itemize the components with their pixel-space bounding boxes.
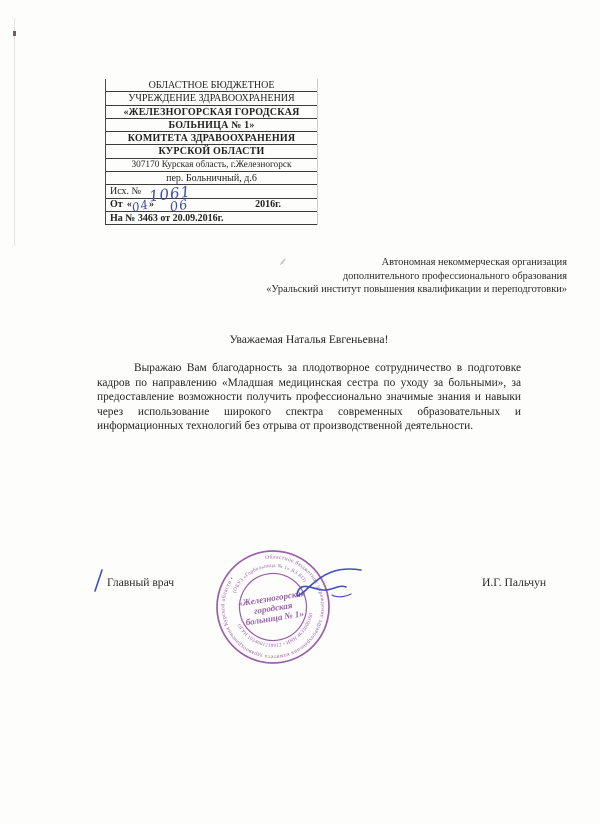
date-year: 2016г. bbox=[255, 198, 281, 211]
outgoing-ref-label: Исх. № bbox=[110, 185, 141, 198]
signer-position: Главный врач bbox=[107, 576, 174, 589]
letterhead-line: ОБЛАСТНОЕ БЮДЖЕТНОЕ bbox=[106, 79, 317, 92]
letterhead-box: ОБЛАСТНОЕ БЮДЖЕТНОЕ УЧРЕЖДЕНИЕ ЗДРАВООХР… bbox=[105, 79, 318, 225]
letterhead-line: БОЛЬНИЦА № 1» bbox=[106, 119, 317, 132]
recipient-line: дополнительного профессионального образо… bbox=[266, 270, 567, 284]
recipient-line: Автономная некоммерческая организация bbox=[266, 256, 567, 270]
recipient-block: Автономная некоммерческая организация до… bbox=[266, 256, 567, 297]
letterhead-line: «ЖЕЛЕЗНОГОРСКАЯ ГОРОДСКАЯ bbox=[106, 106, 317, 119]
outgoing-ref-row: Исх. № 1061 bbox=[106, 185, 317, 198]
letterhead-address-line: 307170 Курская область, г.Железногорск bbox=[106, 159, 317, 172]
hospital-round-stamp: Областное бюджетное учреждение здравоохр… bbox=[204, 537, 342, 676]
letterhead-line: УЧРЕЖДЕНИЕ ЗДРАВООХРАНЕНИЯ bbox=[106, 92, 317, 105]
pen-slash-mark bbox=[95, 570, 102, 591]
letterhead-line: КУРСКОЙ ОБЛАСТИ bbox=[106, 145, 317, 158]
letterhead-line: КОМИТЕТА ЗДРАВООХРАНЕНИЯ bbox=[106, 132, 317, 145]
date-ref-row: От « 04 » 06 2016г. bbox=[106, 199, 317, 212]
scan-artifact-line bbox=[14, 18, 15, 246]
scan-artifact-speck bbox=[13, 31, 16, 36]
date-prefix: От bbox=[110, 198, 123, 211]
incoming-ref-row: На № 3463 от 20.09.2016г. bbox=[106, 212, 317, 225]
salutation: Уважаемая Наталья Евгеньевна! bbox=[97, 333, 521, 346]
scanned-letter-page: ОБЛАСТНОЕ БЮДЖЕТНОЕ УЧРЕЖДЕНИЕ ЗДРАВООХР… bbox=[0, 0, 600, 824]
recipient-line: «Уральский институт повышения квалификац… bbox=[266, 283, 567, 297]
signer-name: И.Г. Пальчун bbox=[482, 576, 546, 589]
date-handwritten-month: 06 bbox=[169, 198, 190, 214]
letter-body: Выражаю Вам благодарность за плодотворно… bbox=[97, 361, 521, 434]
signature-flourish bbox=[332, 594, 351, 597]
letterhead-address-line: пер. Больничный, д.6 bbox=[106, 172, 317, 185]
